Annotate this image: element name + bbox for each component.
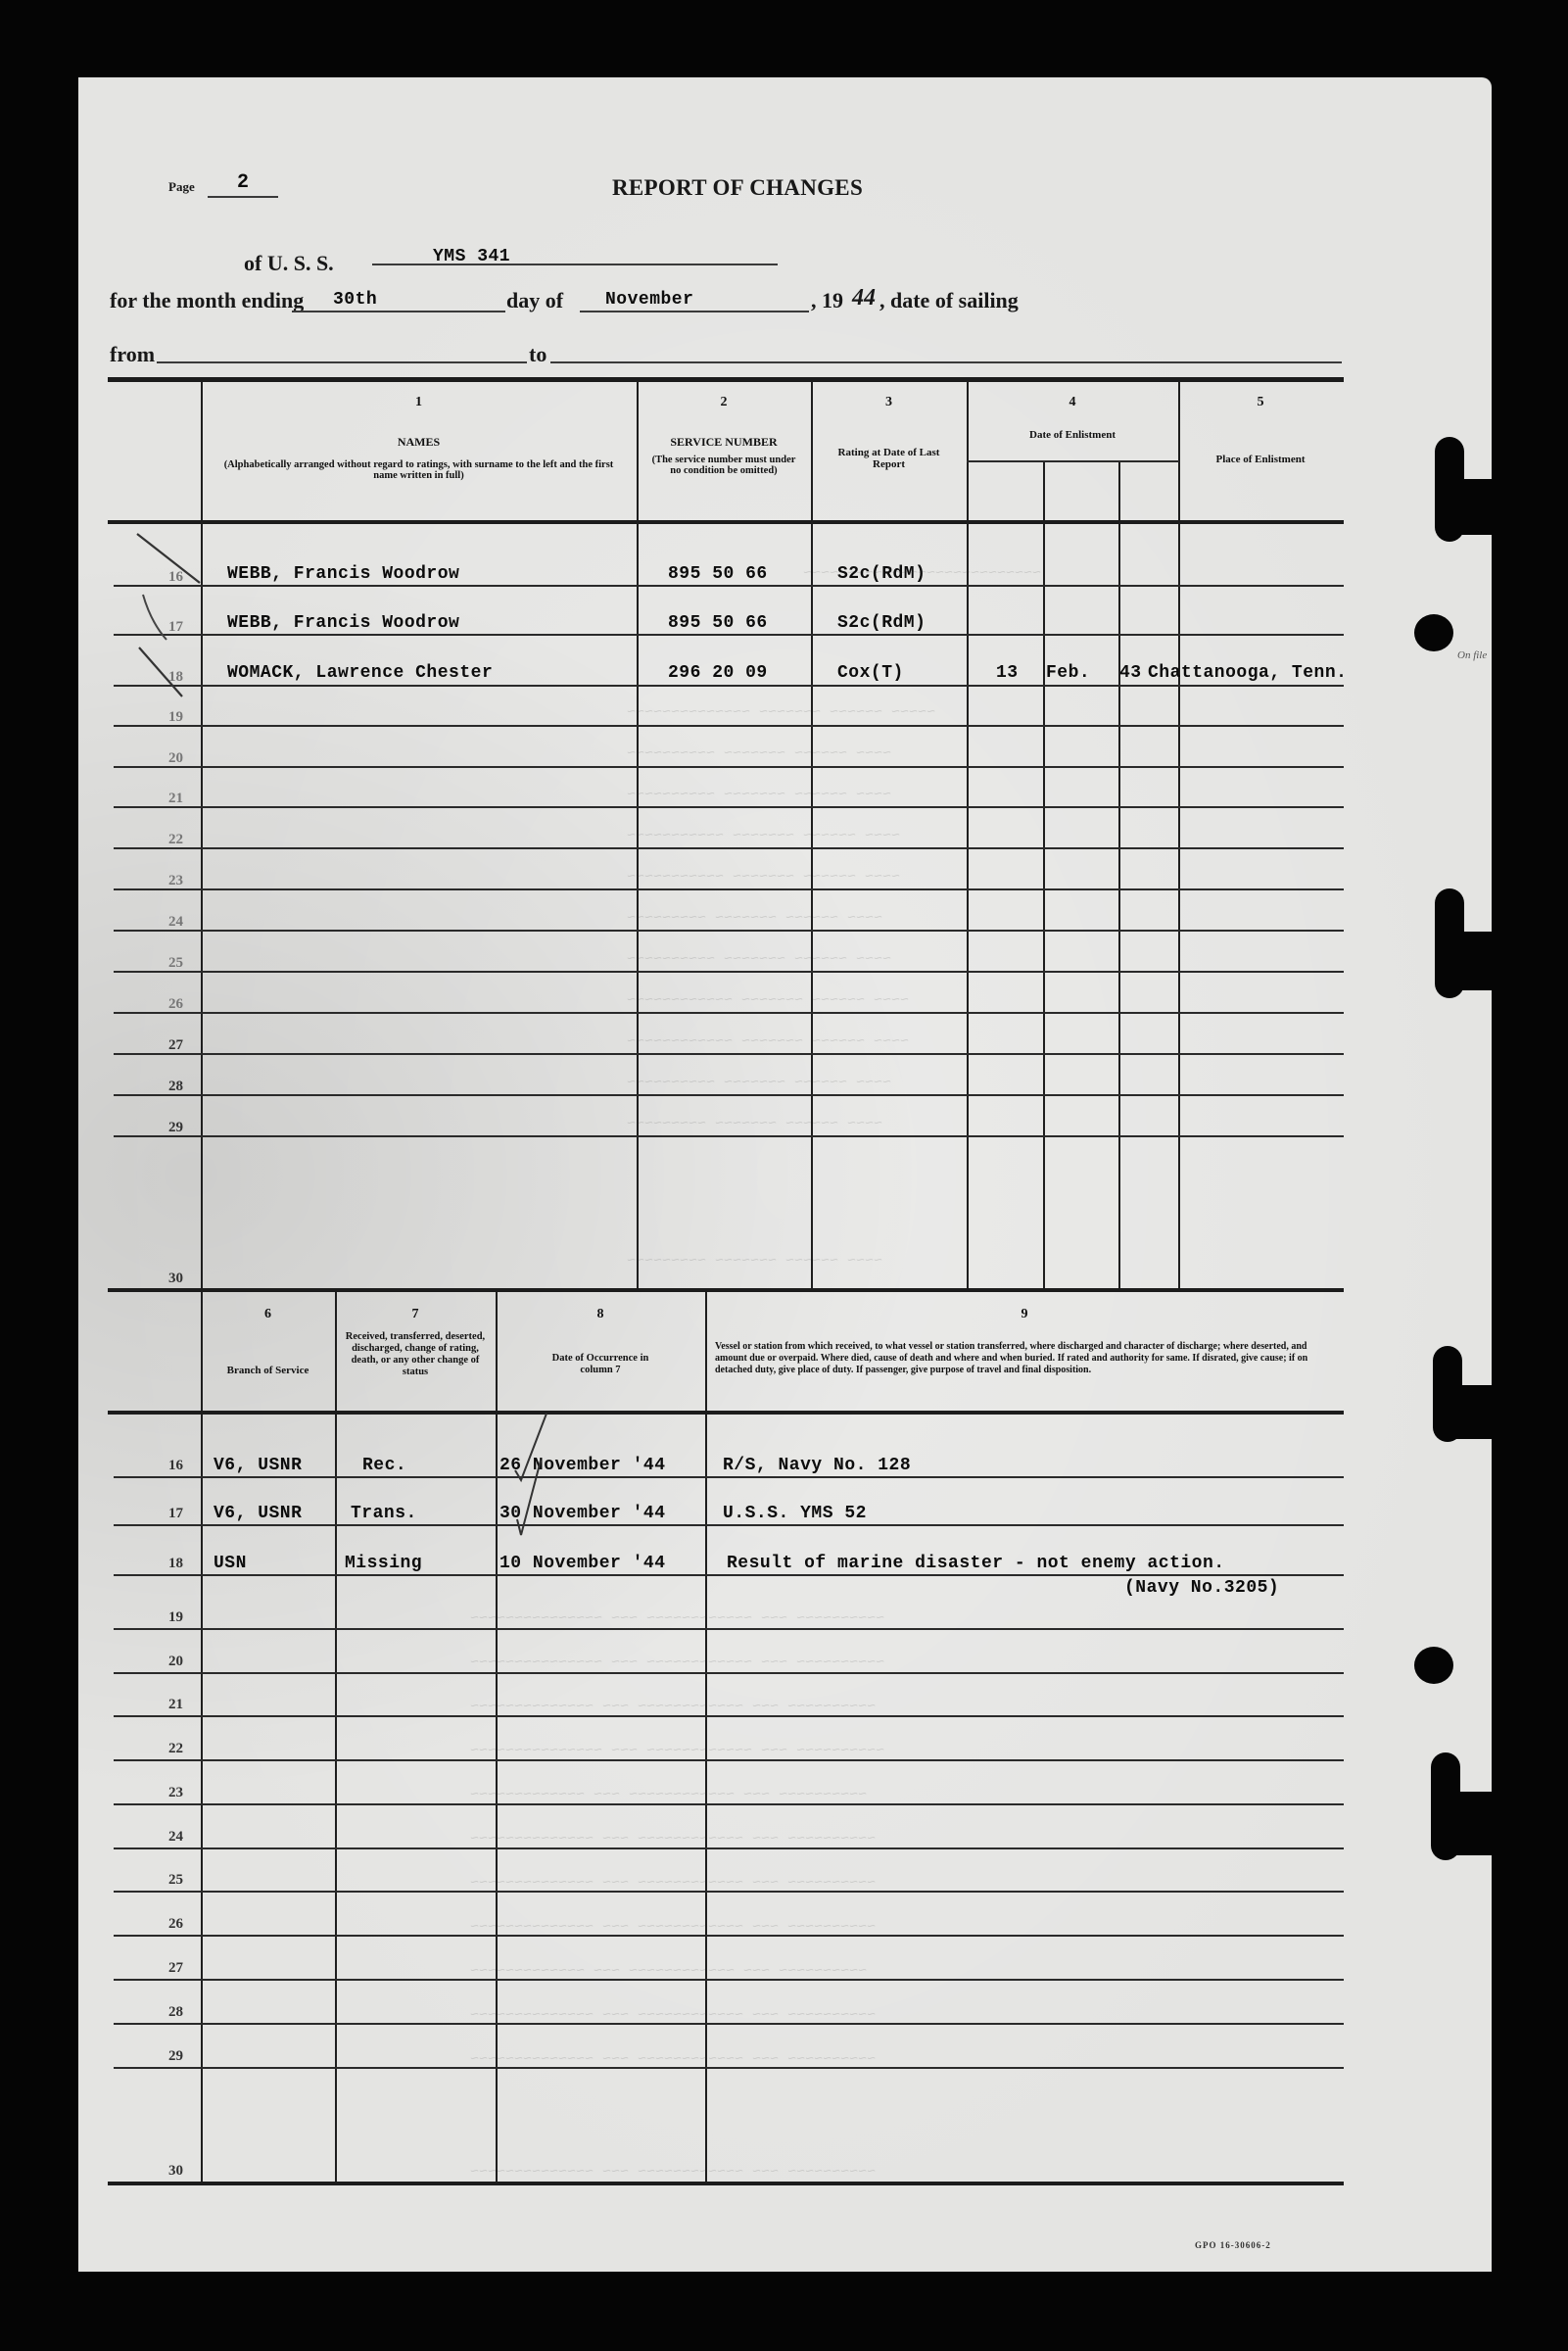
lower-line-18: 18 — [168, 1556, 183, 1572]
checkmark-icon — [490, 1412, 548, 1549]
page-underline — [208, 196, 278, 198]
lower-line-25: 25 — [168, 1872, 183, 1889]
col4-col5-divider — [1178, 381, 1180, 1290]
upper-row-rule-19 — [114, 725, 1344, 727]
binder-notch-icon — [1449, 479, 1492, 535]
col1-subtitle: (Alphabetically arranged without regard … — [215, 459, 622, 481]
ship-name: YMS 341 — [433, 247, 510, 266]
upper-line-30: 30 — [168, 1271, 183, 1287]
occurrence-date: 10 November '44 — [499, 1554, 666, 1573]
rating: Cox(T) — [837, 663, 904, 683]
lower-line-19: 19 — [168, 1609, 183, 1626]
lower-table-bottom-rule — [108, 2182, 1344, 2185]
col8-col9-divider — [705, 1292, 707, 2183]
upper-line-24: 24 — [168, 914, 183, 931]
year-label: , 19 — [811, 288, 843, 313]
lower-row-rule-23 — [114, 1803, 1344, 1805]
bleed-through: ~~~~~~~~~~ ~~~ ~~~~~~~~~~~~ ~~~ ~~~~~~~~… — [470, 1831, 876, 1847]
lower-line-27: 27 — [168, 1960, 183, 1977]
ship-label: of U. S. S. — [244, 251, 334, 276]
upper-row-rule-27 — [114, 1053, 1344, 1055]
upper-row-rule-26 — [114, 1012, 1344, 1014]
branch-of-service: USN — [214, 1554, 247, 1573]
bleed-through: ~~~~ ~~~~~~ ~~~~~~~ ~~~~~~~~~~ — [627, 787, 891, 803]
upper-table-top-rule — [108, 377, 1344, 382]
bleed-through: ~~~~ ~~~~~~ ~~~~~~~ ~~~~~~~~~~ — [627, 951, 891, 968]
to-field — [550, 361, 1342, 363]
bleed-through: ~~~~~~~~~~ ~~~ ~~~~~~~~~~~~ ~~~ ~~~~~~~~… — [470, 1875, 876, 1892]
upper-line-29: 29 — [168, 1120, 183, 1136]
col4-subheader-rule — [967, 460, 1179, 462]
enlistment-year: 43 — [1119, 663, 1142, 683]
lower-line-16: 16 — [168, 1458, 183, 1474]
lower-left-border — [201, 1292, 203, 2183]
bleed-through: ~~~~ ~~~~~~ ~~~~~~~ ~~~~~~~~~ — [627, 1116, 882, 1132]
lower-line-30: 30 — [168, 2163, 183, 2180]
status-change: Rec. — [362, 1456, 406, 1475]
day-value: 30th — [333, 290, 377, 310]
remarks: U.S.S. YMS 52 — [723, 1504, 867, 1523]
margin-tick-marks — [135, 524, 223, 700]
lower-row-rule-17 — [114, 1524, 1344, 1526]
col9-title: Vessel or station from which received, t… — [715, 1341, 1334, 1376]
month-underline — [580, 311, 809, 312]
page-number: 2 — [237, 171, 250, 194]
remarks: R/S, Navy No. 128 — [723, 1456, 911, 1475]
upper-row-rule-24 — [114, 930, 1344, 932]
lower-line-22: 22 — [168, 1741, 183, 1757]
upper-line-22: 22 — [168, 832, 183, 848]
col7-title: Received, transferred, deserted, dischar… — [345, 1331, 486, 1378]
enlistment-day: 13 — [996, 663, 1019, 683]
lower-line-24: 24 — [168, 1829, 183, 1846]
service-number: 296 20 09 — [668, 663, 768, 683]
binder-notch-icon — [1448, 1792, 1492, 1855]
service-number: 895 50 66 — [668, 564, 768, 584]
col5-number: 5 — [1178, 395, 1343, 410]
bleed-through: ~~~~~~~~~~ ~~~ ~~~~~~~~~~~~ ~~~ ~~~~~~~~… — [470, 2164, 876, 2181]
enlistment-month: Feb. — [1046, 663, 1090, 683]
month-value: November — [605, 290, 693, 310]
lower-row-rule-19 — [114, 1628, 1344, 1630]
day-underline — [292, 311, 505, 312]
rating: S2c(RdM) — [837, 613, 926, 633]
col4-number: 4 — [967, 395, 1178, 410]
lower-row-rule-20 — [114, 1672, 1344, 1674]
bleed-through: ~~~~~~~~~~ ~~~ ~~~~~~~~~~~~ ~~~ ~~~~~~~~… — [470, 2007, 876, 2024]
month-ending-label: for the month ending — [110, 288, 304, 313]
col6-number: 6 — [201, 1307, 335, 1322]
upper-line-21: 21 — [168, 791, 183, 807]
upper-row-rule-17 — [114, 634, 1344, 636]
from-field — [157, 361, 527, 363]
name: WEBB, Francis Woodrow — [227, 564, 459, 584]
branch-of-service: V6, USNR — [214, 1456, 302, 1475]
bleed-through: ~~~~~~~~~~ ~~~ ~~~~~~~~~~~~ ~~~ ~~~~~~~~… — [470, 2051, 876, 2068]
punch-hole-icon — [1414, 1647, 1453, 1684]
col1-number: 1 — [201, 395, 637, 410]
lower-row-rule-22 — [114, 1759, 1344, 1761]
bleed-through: ~~~~~~~~~~~~~~~~~~~~~~~~~~~ — [803, 565, 1041, 582]
to-label: to — [529, 342, 546, 367]
bleed-through: ~~~~ ~~~~~~ ~~~~~~~ ~~~~~~~~~~~~ — [627, 992, 909, 1009]
col2-number: 2 — [637, 395, 811, 410]
page-label: Page — [168, 179, 195, 195]
bleed-through: ~~~~~~~~~~ ~~~ ~~~~~~~~~~~~ ~~~ ~~~~~~~~… — [470, 1963, 867, 1980]
col2-subtitle: (The service number must under no condit… — [646, 455, 801, 476]
col2-title: SERVICE NUMBER — [637, 436, 811, 449]
day-of-label: day of — [506, 288, 563, 313]
upper-line-27: 27 — [168, 1037, 183, 1054]
col5-title: Place of Enlistment — [1178, 454, 1343, 466]
from-label: from — [110, 342, 155, 367]
col3-col4-divider — [967, 381, 969, 1290]
upper-row-rule-25 — [114, 971, 1344, 973]
lower-header-bottom-rule — [108, 1411, 1344, 1415]
upper-table-bottom-rule — [108, 1288, 1344, 1292]
lower-row-rule-24 — [114, 1847, 1344, 1849]
upper-left-border — [201, 381, 203, 1290]
upper-row-rule-23 — [114, 888, 1344, 890]
col6-col7-divider — [335, 1292, 337, 2183]
col3-title: Rating at Date of Last Report — [831, 447, 947, 470]
bleed-through: ~~~~ ~~~~~~ ~~~~~~~ ~~~~~~~~~~~ — [627, 828, 900, 844]
col4-title: Date of Enlistment — [967, 429, 1178, 442]
name: WEBB, Francis Woodrow — [227, 613, 459, 633]
upper-row-rule-21 — [114, 806, 1344, 808]
lower-row-rule-21 — [114, 1715, 1344, 1717]
col9-number: 9 — [705, 1307, 1344, 1322]
remarks: Result of marine disaster - not enemy ac… — [727, 1554, 1225, 1573]
bleed-through: ~~~~~~~~~~ ~~~ ~~~~~~~~~~~~ ~~~ ~~~~~~~~… — [470, 1699, 876, 1715]
bleed-through: ~~~~~~~~~~ ~~~ ~~~~~~~~~~~~ ~~~ ~~~~~~~~… — [470, 1655, 884, 1671]
place-of-enlistment: Chattanooga, Tenn. — [1148, 663, 1347, 683]
upper-row-rule-29 — [114, 1135, 1344, 1137]
col1-title: NAMES — [201, 436, 637, 449]
col8-number: 8 — [496, 1307, 705, 1322]
service-number: 895 50 66 — [668, 613, 768, 633]
upper-line-28: 28 — [168, 1079, 183, 1095]
upper-row-rule-22 — [114, 847, 1344, 849]
col8-title: Date of Occurrence in column 7 — [535, 1353, 666, 1376]
upper-line-26: 26 — [168, 996, 183, 1013]
bleed-through: ~~~~~~~~~~ ~~~ ~~~~~~~~~~~~ ~~~ ~~~~~~~~… — [470, 1743, 884, 1759]
bleed-through: ~~~~ ~~~~~~ ~~~~~~~ ~~~~~~~~~ — [627, 910, 882, 927]
footer-code: GPO 16-30606-2 — [1195, 2240, 1271, 2250]
col7-number: 7 — [335, 1307, 496, 1322]
bleed-through: ~~~~~~~~~~ ~~~ ~~~~~~~~~~~~ ~~~ ~~~~~~~~… — [470, 1919, 876, 1936]
upper-row-rule-18 — [114, 685, 1344, 687]
bleed-through: ~~~~ ~~~~~~ ~~~~~~~ ~~~~~~~~~~ — [627, 745, 891, 762]
form-title: REPORT OF CHANGES — [612, 175, 863, 201]
binder-notch-icon — [1449, 932, 1492, 990]
bleed-through: ~~~~ ~~~~~~ ~~~~~~~ ~~~~~~~~~~~ — [627, 869, 900, 886]
remarks-continued: (Navy No.3205) — [1124, 1578, 1279, 1598]
year-value: 44 — [852, 285, 876, 312]
branch-of-service: V6, USNR — [214, 1504, 302, 1523]
bleed-through: ~~~~ ~~~~~~ ~~~~~~~ ~~~~~~~~~ — [627, 1253, 882, 1270]
upper-line-23: 23 — [168, 873, 183, 889]
lower-line-26: 26 — [168, 1916, 183, 1933]
margin-note: On file — [1457, 649, 1487, 661]
lower-line-23: 23 — [168, 1785, 183, 1801]
lower-line-21: 21 — [168, 1697, 183, 1713]
sailing-label: , date of sailing — [879, 288, 1019, 313]
bleed-through: ~~~~ ~~~~~~ ~~~~~~~ ~~~~~~~~~~~~ — [627, 1033, 909, 1050]
bleed-through: ~~~~~~~~~~ ~~~ ~~~~~~~~~~~~ ~~~ ~~~~~~~~… — [470, 1787, 867, 1803]
status-change: Trans. — [351, 1504, 417, 1523]
upper-row-rule-16 — [114, 585, 1344, 587]
bleed-through: ~~~~~ ~~~~~~ ~~~~~~~ ~~~~~~~~~~~~~~ — [627, 704, 935, 721]
punch-hole-icon — [1414, 614, 1453, 651]
status-change: Missing — [345, 1554, 422, 1573]
bleed-through: ~~~~ ~~~~~~ ~~~~~~~ ~~~~~~~~~~ — [627, 1075, 891, 1091]
upper-header-bottom-rule — [108, 520, 1344, 524]
bleed-through: ~~~~~~~~~~ ~~~ ~~~~~~~~~~~~ ~~~ ~~~~~~~~… — [470, 1610, 884, 1627]
lower-line-28: 28 — [168, 2004, 183, 2021]
upper-line-19: 19 — [168, 709, 183, 726]
col3-number: 3 — [811, 395, 967, 410]
upper-line-25: 25 — [168, 955, 183, 972]
lower-row-rule-18 — [114, 1574, 1344, 1576]
binder-notch-icon — [1448, 1385, 1492, 1439]
upper-row-rule-20 — [114, 766, 1344, 768]
document-page: Page 2 REPORT OF CHANGES of U. S. S. YMS… — [78, 77, 1492, 2272]
lower-line-17: 17 — [168, 1506, 183, 1522]
lower-line-29: 29 — [168, 2048, 183, 2065]
name: WOMACK, Lawrence Chester — [227, 663, 493, 683]
lower-row-rule-16 — [114, 1476, 1344, 1478]
lower-line-20: 20 — [168, 1654, 183, 1670]
upper-line-20: 20 — [168, 750, 183, 767]
col6-title: Branch of Service — [206, 1365, 330, 1377]
upper-row-rule-28 — [114, 1094, 1344, 1096]
